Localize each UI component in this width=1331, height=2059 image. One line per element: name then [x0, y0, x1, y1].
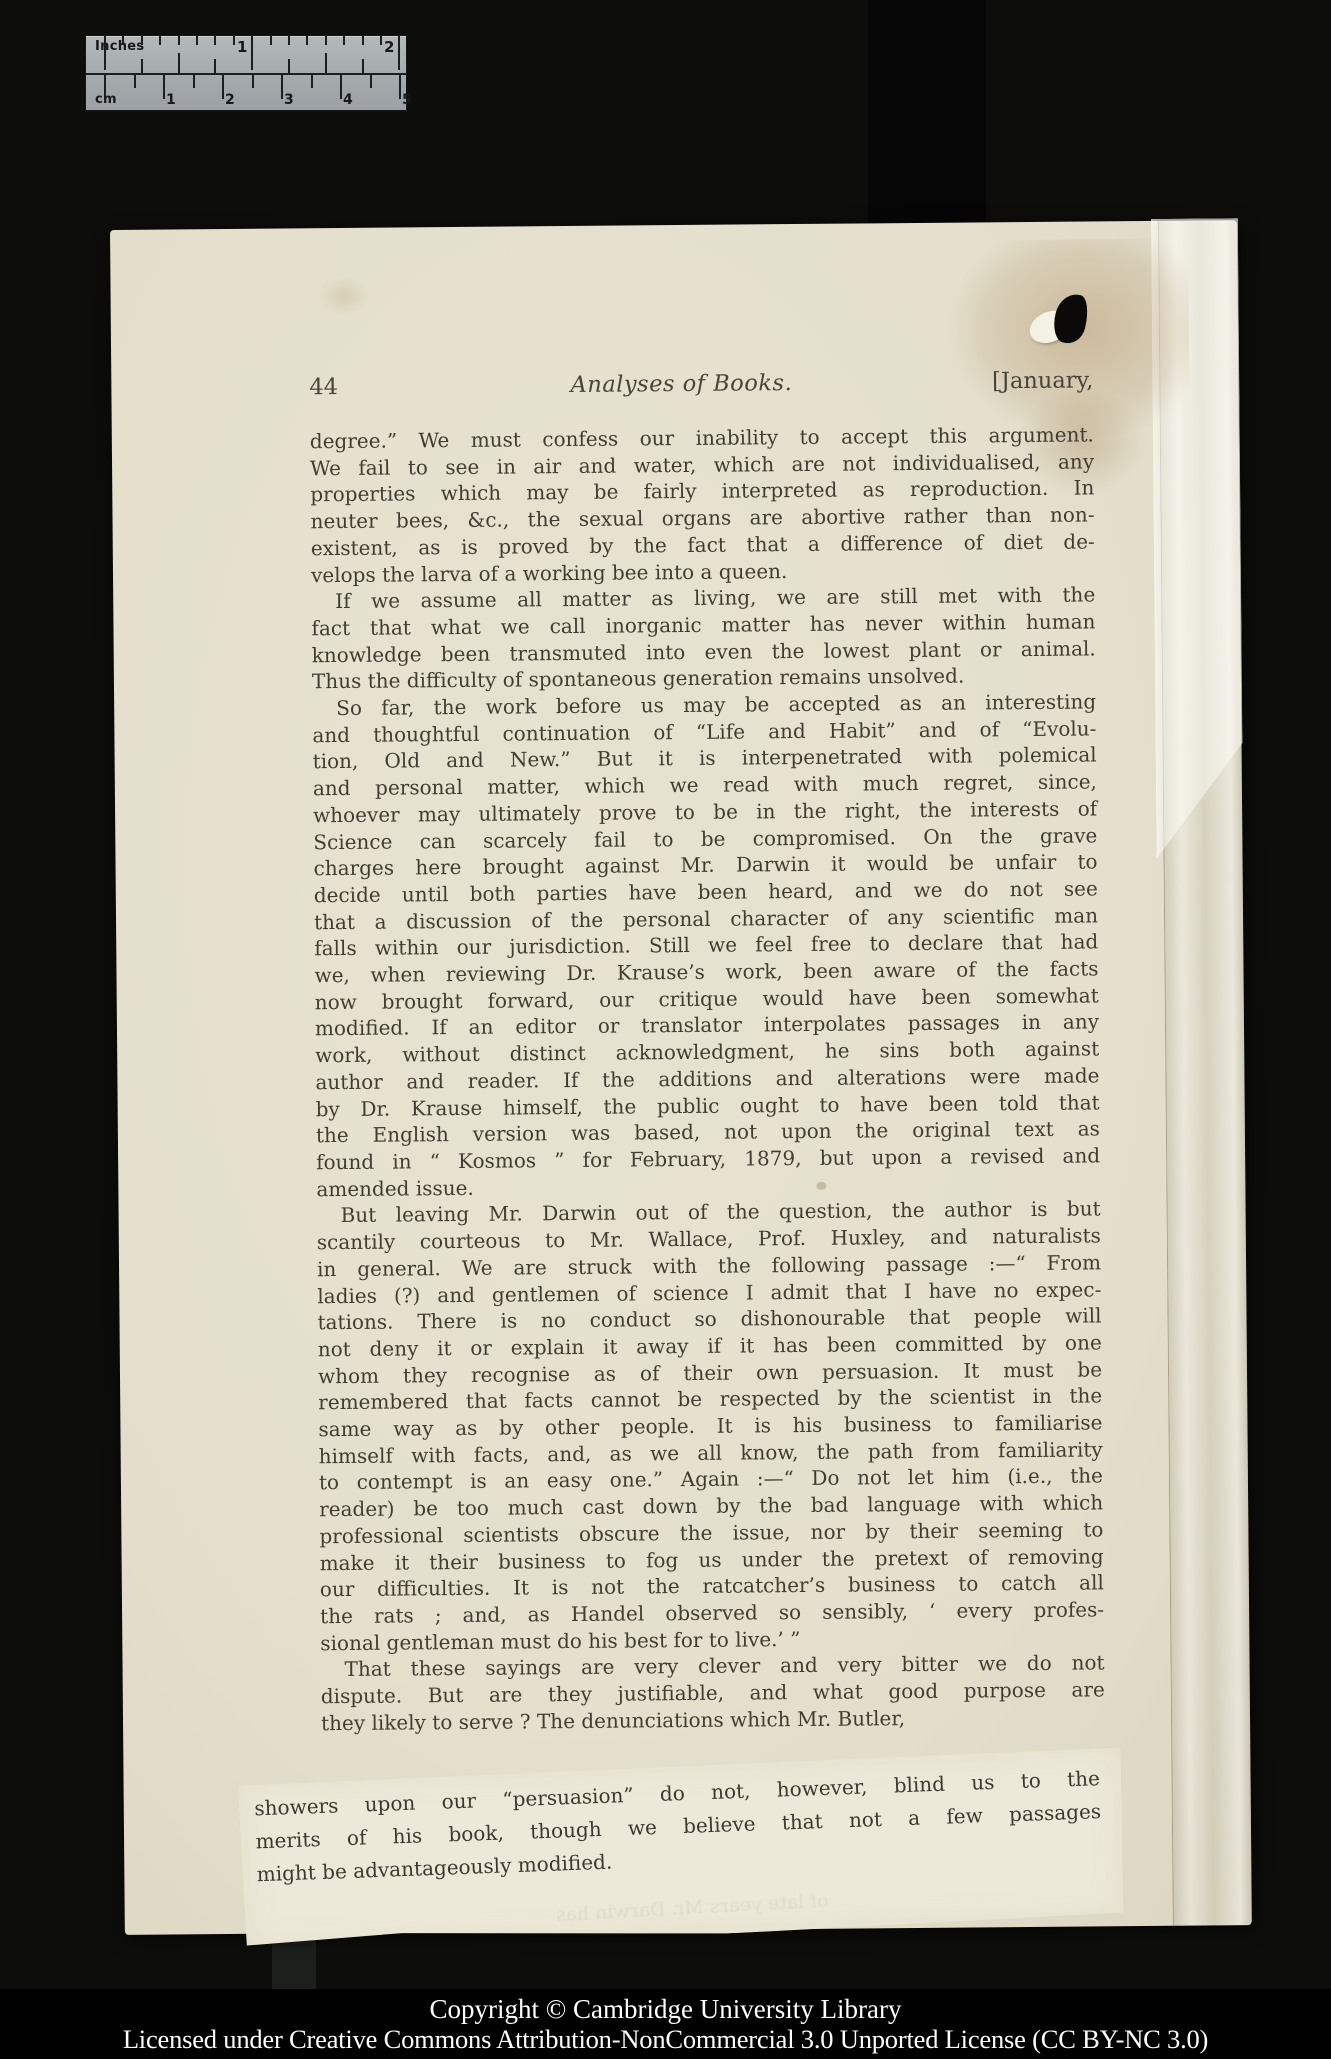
ruler-cm-label: cm: [95, 92, 117, 107]
ruler-tick: [159, 36, 161, 45]
ruler-tick: [399, 75, 401, 99]
ruler-tick: [281, 75, 283, 99]
ruler-cm-numeral: 2: [225, 92, 235, 108]
ruler-tick: [141, 36, 143, 45]
ruler-tick: [233, 36, 235, 45]
ruler-cm-numeral: 3: [284, 92, 294, 108]
ruler-inches-label: Inches: [95, 39, 144, 54]
ruler-tick: [288, 59, 290, 73]
paragraph: degree.” We must confess our inability t…: [310, 421, 1095, 588]
ruler-tick: [214, 59, 216, 73]
ruler-tick: [325, 53, 327, 73]
issue-date: [January,: [933, 367, 1093, 394]
copyright-footer: Copyright © Cambridge University Library…: [0, 1989, 1331, 2059]
ruler-tick: [370, 75, 372, 88]
ruler-cm-numeral: 1: [166, 92, 176, 108]
running-title: Analyses of Books.: [429, 369, 933, 399]
ruler-tick: [193, 75, 195, 88]
ruler-tick: [398, 36, 400, 70]
ruler-tick: [214, 36, 216, 45]
ruler-tick: [288, 36, 290, 45]
ruler-tick: [122, 36, 124, 45]
photo-canvas: Inches 1212345 cm 44 Analyses of Books. …: [0, 0, 1331, 2059]
ruler-tick: [178, 53, 180, 73]
ruler-inch-numeral: 2: [384, 38, 395, 56]
slip-text: showers upon our “persuasion” do not, ho…: [237, 1747, 1120, 1891]
ruler-tick: [222, 75, 224, 99]
page-header: 44 Analyses of Books. [January,: [309, 367, 1093, 400]
ruler-tick: [252, 75, 254, 88]
ruler-tick: [196, 36, 198, 45]
ruler-tick: [134, 75, 136, 88]
paragraph: So far, the work before us may be accept…: [312, 688, 1100, 1202]
background-seam: [868, 0, 986, 236]
ruler-tick: [270, 36, 272, 45]
ruler-tick: [141, 59, 143, 73]
ruler-cm-numeral: 5: [402, 92, 412, 108]
page-fore-edge: [1158, 220, 1252, 1926]
ruler-tick: [325, 36, 327, 45]
ruler-tick: [178, 36, 180, 45]
ruler-cm-numeral: 4: [343, 92, 353, 108]
pasted-slip: showers upon our “persuasion” do not, ho…: [237, 1747, 1127, 1951]
license-line: Licensed under Creative Commons Attribut…: [0, 2024, 1331, 2054]
paragraph: But leaving Mr. Darwin out of the questi…: [316, 1196, 1104, 1657]
ruler-inch-numeral: 1: [237, 38, 248, 56]
stain: [315, 276, 371, 316]
ruler-tick: [362, 36, 364, 45]
ruler: Inches 1212345 cm: [85, 35, 407, 111]
page-number: 44: [309, 373, 429, 400]
ruler-tick: [104, 36, 106, 70]
ruler-tick: [306, 36, 308, 45]
ruler-tick: [251, 36, 253, 70]
book-page: 44 Analyses of Books. [January, degree.”…: [110, 220, 1252, 1935]
copyright-line: Copyright © Cambridge University Library: [0, 1994, 1331, 2024]
page-body-text: degree.” We must confess our inability t…: [310, 421, 1105, 1736]
ruler-tick: [163, 75, 165, 99]
paragraph: That these sayings are very clever and v…: [320, 1650, 1105, 1737]
ruler-tick: [311, 75, 313, 88]
ruler-tick: [340, 75, 342, 99]
ruler-tick: [380, 36, 382, 45]
show-through-text: of late years Mr. Darwin has: [312, 1877, 1072, 1939]
ruler-tick: [343, 36, 345, 45]
paragraph: If we assume all matter as living, we ar…: [311, 582, 1096, 696]
ruler-tick: [362, 59, 364, 73]
tape-strip: [1151, 218, 1244, 859]
